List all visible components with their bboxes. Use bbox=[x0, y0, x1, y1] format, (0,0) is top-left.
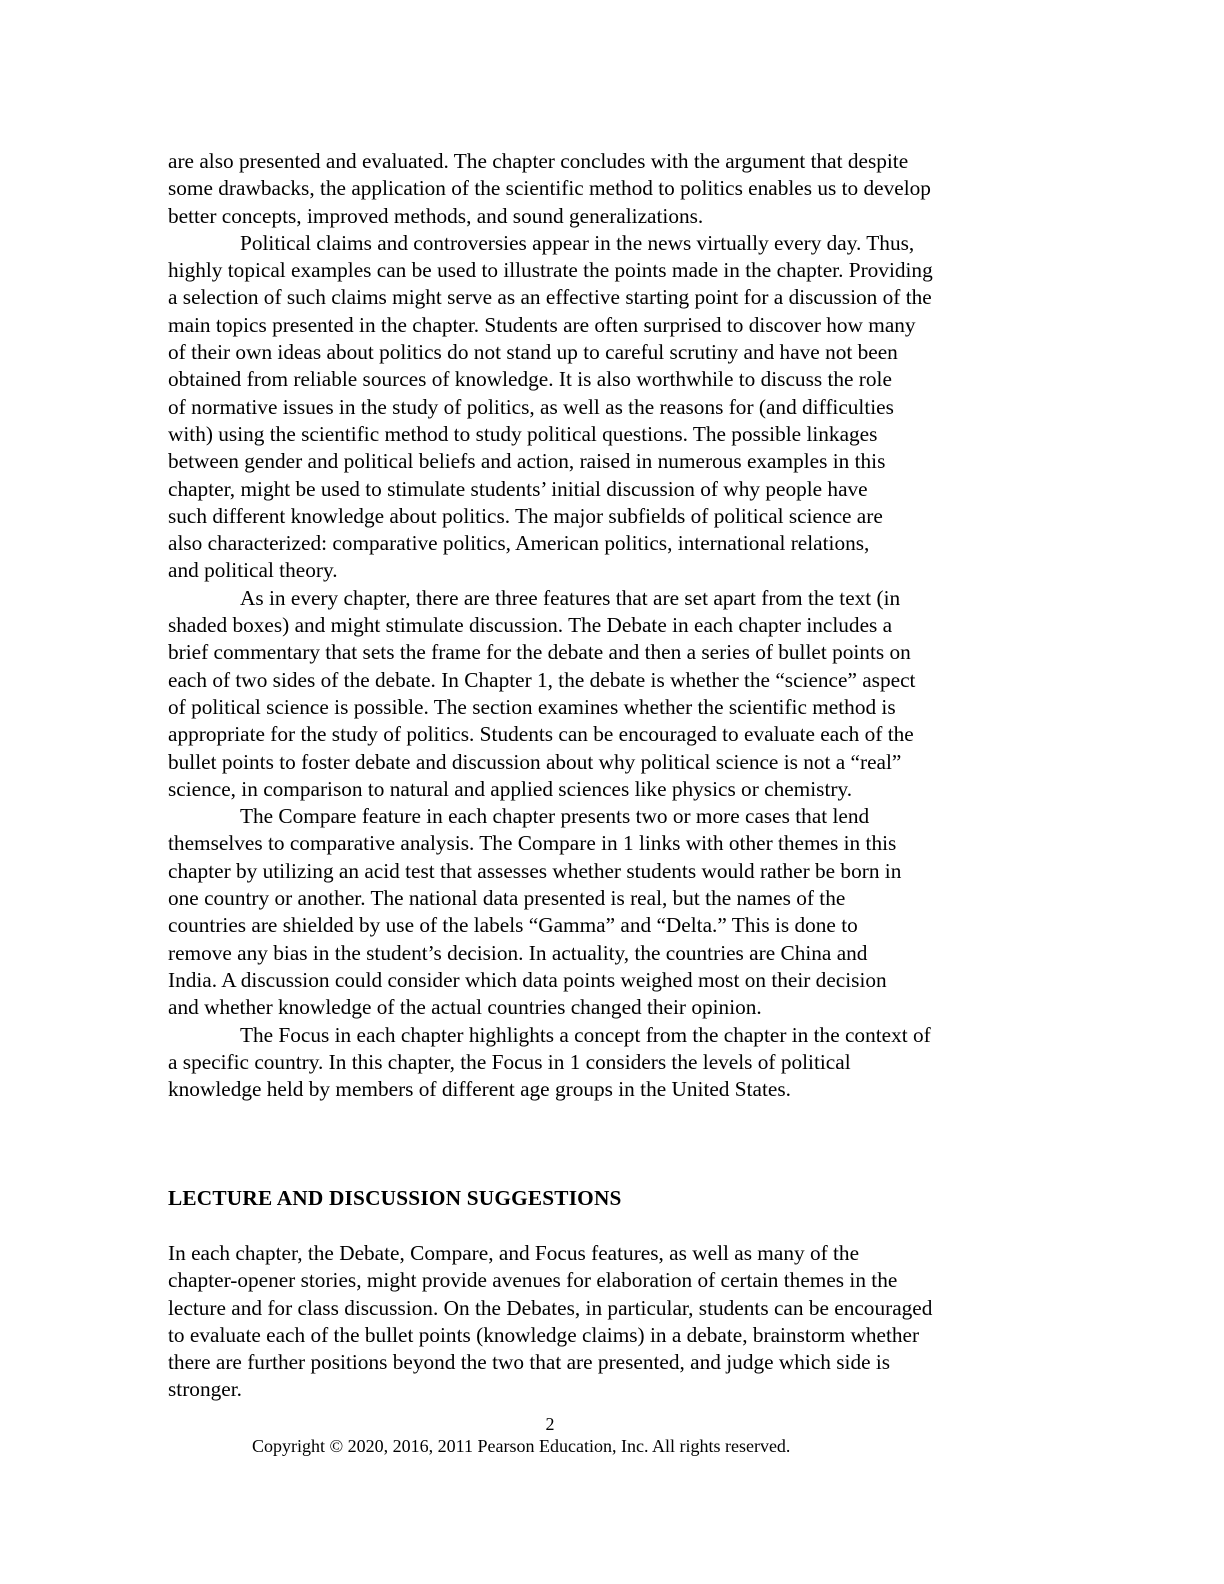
text-line: shaded boxes) and might stimulate discus… bbox=[168, 612, 1038, 639]
document-page: are also presented and evaluated. The ch… bbox=[0, 0, 1224, 1584]
section-heading: LECTURE AND DISCUSSION SUGGESTIONS bbox=[168, 1186, 622, 1211]
page-number: 2 bbox=[0, 1414, 1100, 1435]
text-line: with) using the scientific method to stu… bbox=[168, 421, 1038, 448]
text-line: obtained from reliable sources of knowle… bbox=[168, 366, 1038, 393]
paragraph-compare: The Compare feature in each chapter pres… bbox=[168, 803, 1038, 1021]
text-line: one country or another. The national dat… bbox=[168, 885, 1038, 912]
text-line: highly topical examples can be used to i… bbox=[168, 257, 1038, 284]
text-line: brief commentary that sets the frame for… bbox=[168, 639, 1038, 666]
text-line: bullet points to foster debate and discu… bbox=[168, 749, 1038, 776]
text-line: such different knowledge about politics.… bbox=[168, 503, 1038, 530]
text-line: a specific country. In this chapter, the… bbox=[168, 1049, 1038, 1076]
text-line: some drawbacks, the application of the s… bbox=[168, 175, 1038, 202]
text-line: countries are shielded by use of the lab… bbox=[168, 912, 1038, 939]
text-line: appropriate for the study of politics. S… bbox=[168, 721, 1038, 748]
paragraph-focus: The Focus in each chapter highlights a c… bbox=[168, 1022, 1038, 1104]
text-line: better concepts, improved methods, and s… bbox=[168, 203, 1038, 230]
text-line: of political science is possible. The se… bbox=[168, 694, 1038, 721]
text-line: India. A discussion could consider which… bbox=[168, 967, 1038, 994]
text-line: chapter-opener stories, might provide av… bbox=[168, 1267, 1038, 1294]
text-line: and whether knowledge of the actual coun… bbox=[168, 994, 1038, 1021]
text-line: The Focus in each chapter highlights a c… bbox=[168, 1022, 1038, 1049]
body-text: are also presented and evaluated. The ch… bbox=[168, 148, 1038, 1103]
text-line: themselves to comparative analysis. The … bbox=[168, 830, 1038, 857]
text-line: science, in comparison to natural and ap… bbox=[168, 776, 1038, 803]
text-line: The Compare feature in each chapter pres… bbox=[168, 803, 1038, 830]
copyright-notice: Copyright © 2020, 2016, 2011 Pearson Edu… bbox=[252, 1436, 790, 1457]
text-line: there are further positions beyond the t… bbox=[168, 1349, 1038, 1376]
paragraph-debate: As in every chapter, there are three fea… bbox=[168, 585, 1038, 803]
text-line: stronger. bbox=[168, 1376, 1038, 1403]
paragraph-political-claims: Political claims and controversies appea… bbox=[168, 230, 1038, 585]
text-line: main topics presented in the chapter. St… bbox=[168, 312, 1038, 339]
text-line: remove any bias in the student’s decisio… bbox=[168, 940, 1038, 967]
paragraph-continuation: are also presented and evaluated. The ch… bbox=[168, 148, 1038, 230]
text-line: and political theory. bbox=[168, 557, 1038, 584]
text-line: of their own ideas about politics do not… bbox=[168, 339, 1038, 366]
text-line: chapter, might be used to stimulate stud… bbox=[168, 476, 1038, 503]
text-line: between gender and political beliefs and… bbox=[168, 448, 1038, 475]
text-line: chapter by utilizing an acid test that a… bbox=[168, 858, 1038, 885]
text-line: Political claims and controversies appea… bbox=[168, 230, 1038, 257]
text-line: In each chapter, the Debate, Compare, an… bbox=[168, 1240, 1038, 1267]
text-line: lecture and for class discussion. On the… bbox=[168, 1295, 1038, 1322]
text-line: also characterized: comparative politics… bbox=[168, 530, 1038, 557]
text-line: a selection of such claims might serve a… bbox=[168, 284, 1038, 311]
text-line: are also presented and evaluated. The ch… bbox=[168, 148, 1038, 175]
text-line: knowledge held by members of different a… bbox=[168, 1076, 1038, 1103]
paragraph-lecture-suggestions: In each chapter, the Debate, Compare, an… bbox=[168, 1240, 1038, 1404]
text-line: of normative issues in the study of poli… bbox=[168, 394, 1038, 421]
text-line: each of two sides of the debate. In Chap… bbox=[168, 667, 1038, 694]
text-line: to evaluate each of the bullet points (k… bbox=[168, 1322, 1038, 1349]
text-line: As in every chapter, there are three fea… bbox=[168, 585, 1038, 612]
